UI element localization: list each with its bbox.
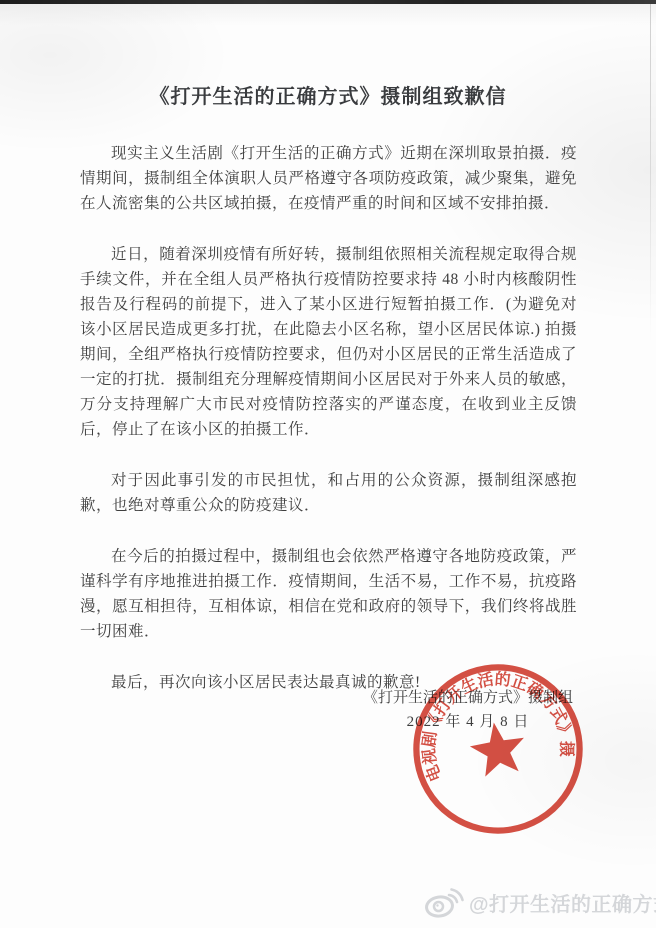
watermark-text: @打开生活的正确方式 xyxy=(469,888,656,917)
letter-paragraph: 在今后的拍摄过程中，摄制组也会依然严格遵守各地防疫政策，严谨科学有序地推进拍摄工… xyxy=(80,544,577,644)
signature-line: 《打开生活的正确方式》摄制组 xyxy=(330,686,606,710)
letter-paragraph: 对于因此事引发的市民担忧，和占用的公众资源，摄制组深感抱歉，也绝对尊重公众的防疫… xyxy=(80,468,577,518)
letter-body: 现实主义生活剧《打开生活的正确方式》近期在深圳取景拍摄．疫情期间，摄制组全体演职… xyxy=(80,141,577,721)
signature-block: 《打开生活的正确方式》摄制组 2022 年 4 月 8 日 xyxy=(330,686,606,734)
weibo-logo-icon xyxy=(424,886,464,918)
weibo-watermark: @打开生活的正确方式 xyxy=(424,886,656,918)
scan-edge-shadow xyxy=(650,4,651,344)
letter-paragraph: 现实主义生活剧《打开生活的正确方式》近期在深圳取景拍摄．疫情期间，摄制组全体演职… xyxy=(80,141,577,216)
date-line: 2022 年 4 月 8 日 xyxy=(330,710,606,734)
letter-title: 《打开生活的正确方式》摄制组致歉信 xyxy=(0,80,656,109)
letter-paragraph: 近日，随着深圳疫情有所好转，摄制组依照相关流程规定取得合规手续文件，并在全组人员… xyxy=(80,242,577,442)
scan-edge-bar xyxy=(0,0,656,4)
scanned-apology-letter: 《打开生活的正确方式》摄制组致歉信 现实主义生活剧《打开生活的正确方式》近期在深… xyxy=(0,0,656,928)
